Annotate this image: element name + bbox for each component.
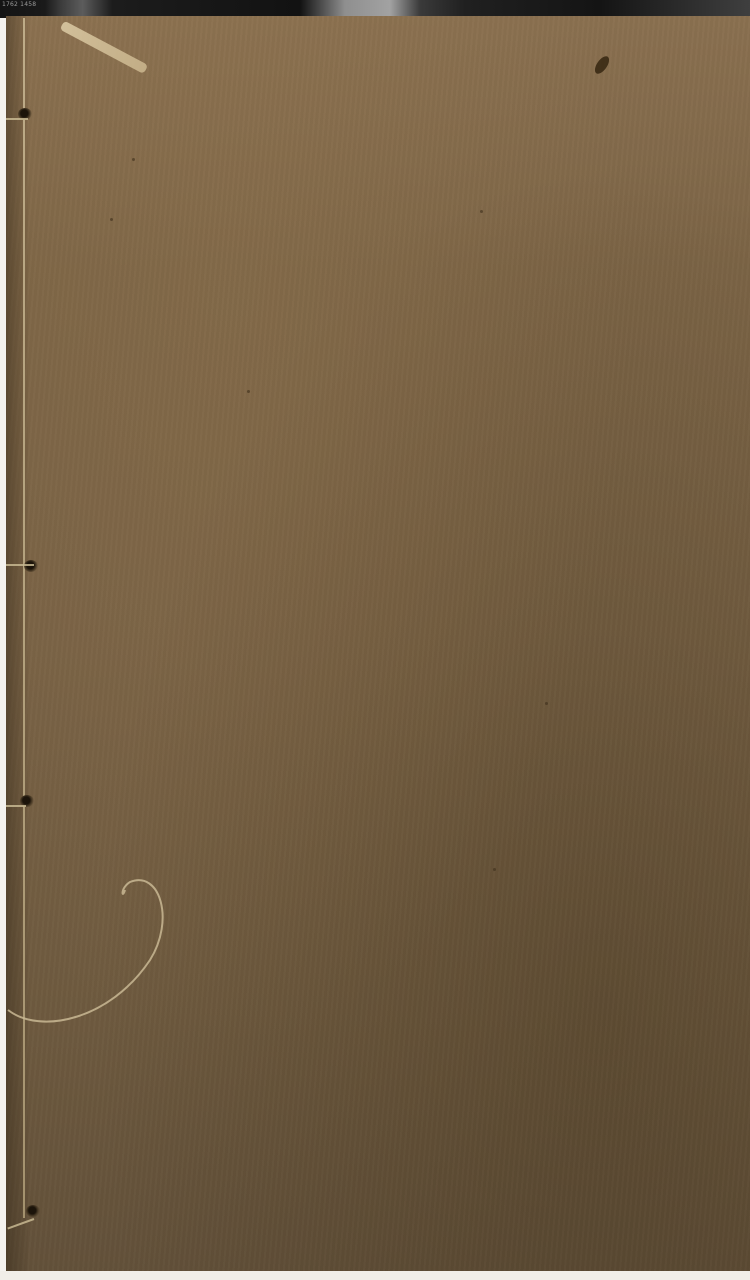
binding-tie-2 — [6, 564, 34, 566]
binding-tie-3 — [6, 805, 26, 807]
speck — [480, 210, 483, 213]
speck — [110, 218, 113, 221]
loose-thread-loop — [0, 860, 180, 1040]
page-edge — [0, 1271, 750, 1280]
book-cover — [6, 16, 750, 1271]
binding-knot-2 — [24, 560, 38, 572]
speck — [132, 158, 135, 161]
speck — [493, 868, 496, 871]
corner-label: 1762 1458 — [2, 1, 36, 8]
binding-knot-4 — [26, 1205, 40, 1217]
speck — [247, 390, 250, 393]
speck — [545, 702, 548, 705]
binding-tie-1 — [6, 118, 28, 120]
